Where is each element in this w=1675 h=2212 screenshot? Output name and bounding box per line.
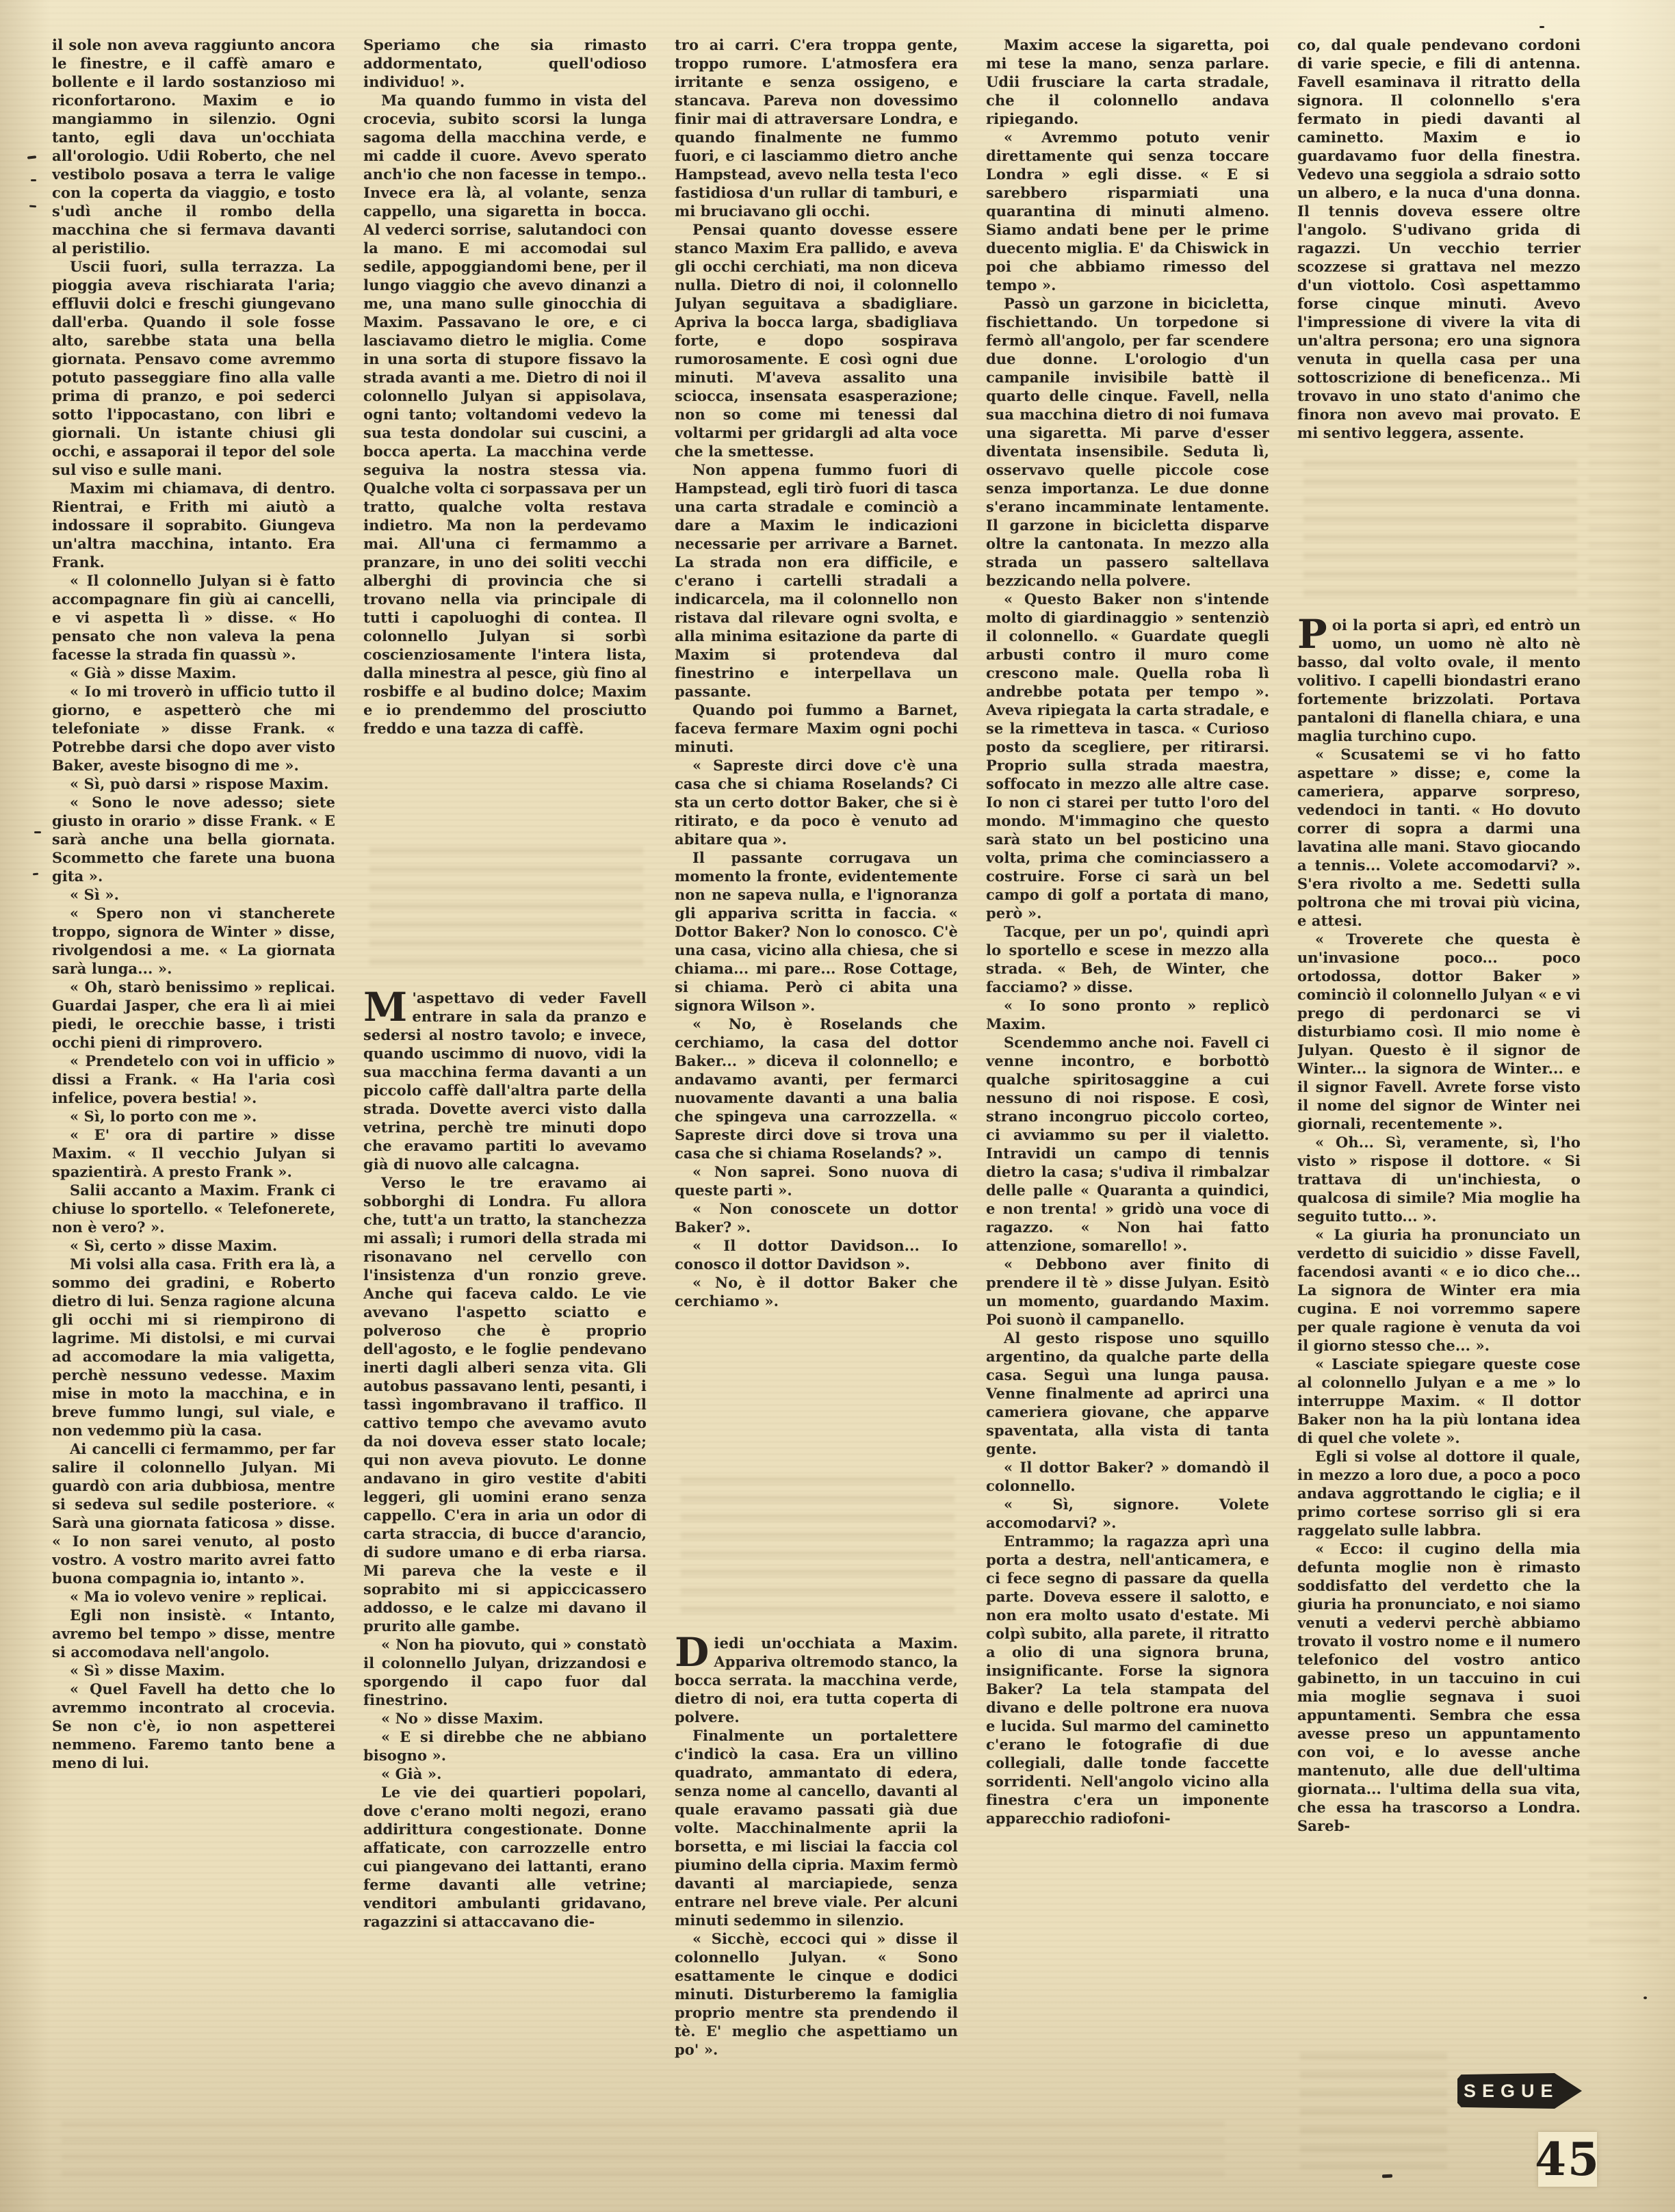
paragraph: Mi volsi alla casa. Frith era là, a somm…: [52, 1255, 335, 1440]
paragraph: « Oh... Sì, veramente, sì, l'ho visto » …: [1297, 1133, 1581, 1225]
paragraph: Egli non insistè. « Intanto, avremo bel …: [52, 1606, 335, 1661]
ink-speck: [33, 873, 38, 876]
paragraph: « Sì » disse Maxim.: [52, 1661, 335, 1680]
paragraph: Finalmente un portalettere c'indicò la c…: [675, 1726, 958, 1929]
paragraph: « Debbono aver finito di prendere il tè …: [986, 1255, 1269, 1329]
paragraph: « Io mi troverò in ufficio tutto il gior…: [52, 682, 335, 775]
ink-speck: [1644, 1996, 1647, 1999]
paragraph: « No, è Roselands che cerchiamo, la casa…: [675, 1015, 958, 1162]
paragraph: « Sapreste dirci dove c'è una casa che s…: [675, 756, 958, 848]
show-through-ghost: [369, 847, 643, 974]
show-through-ghost: [62, 2121, 1225, 2183]
text-column-2-bottom: M'aspettavo di veder Favell entrare in s…: [363, 989, 647, 2116]
ink-speck: [27, 155, 36, 159]
ink-speck: [1540, 26, 1544, 28]
paragraph: Ai cancelli ci fermammo, per far salire …: [52, 1440, 335, 1587]
paragraph: Uscii fuori, sulla terrazza. La pioggia …: [52, 257, 335, 479]
paragraph: Ma quando fummo in vista del crocevia, s…: [363, 91, 647, 738]
show-through-ghost: [681, 1476, 955, 1620]
segue-label: SEGUE: [1457, 2081, 1555, 2102]
paragraph: « Lasciate spiegare queste cose al colon…: [1297, 1355, 1581, 1447]
paragraph: Le vie dei quartieri popolari, dove c'er…: [363, 1783, 647, 1931]
dropcap-paragraph: Poi la porta si aprì, ed entrò un uomo, …: [1297, 616, 1581, 745]
drop-cap-letter: M: [363, 989, 412, 1024]
paragraph: « Prendetelo con voi in ufficio » dissi …: [52, 1052, 335, 1107]
paragraph: « Già » disse Maxim.: [52, 664, 335, 682]
text-column-4: Maxim accese la sigaretta, poi mi tese l…: [986, 36, 1269, 2116]
paragraph: « Troverete che questa è un'invasione po…: [1297, 930, 1581, 1133]
page-number: 45: [1535, 2133, 1600, 2186]
text-column-3-bottom: Diedi un'occhiata a Maxim. Appariva oltr…: [675, 1634, 958, 2116]
paragraph: Tacque, per un po', quindi aprì lo sport…: [986, 922, 1269, 996]
paragraph: « Sì, certo » disse Maxim.: [52, 1236, 335, 1255]
ink-speck: [31, 179, 36, 181]
paragraph: « Questo Baker non s'intende molto di gi…: [986, 590, 1269, 922]
paragraph: « Il dottor Davidson... Io conosco il do…: [675, 1236, 958, 1273]
paragraph: Passò un garzone in bicicletta, fischiet…: [986, 294, 1269, 590]
paragraph: Maxim accese la sigaretta, poi mi tese l…: [986, 36, 1269, 128]
ink-speck: [1382, 2174, 1392, 2178]
paragraph: « Il dottor Baker? » domandò il colonnel…: [986, 1458, 1269, 1495]
paragraph: Entrammo; la ragazza aprì una porta a de…: [986, 1532, 1269, 1827]
ink-speck: [34, 831, 41, 833]
paragraph: Quando poi fummo a Barnet, faceva fermar…: [675, 701, 958, 756]
text-column-2-top: Speriamo che sia rimasto addormentato, q…: [363, 36, 647, 830]
segue-marker: SEGUE: [1457, 2073, 1582, 2109]
paragraph: Scendemmo anche noi. Favell ci venne inc…: [986, 1033, 1269, 1255]
drop-cap-letter: P: [1297, 616, 1332, 651]
paragraph: « Sì, lo porto con me ».: [52, 1107, 335, 1125]
paragraph: Maxim mi chiamava, di dentro. Rientrai, …: [52, 479, 335, 571]
paragraph: « Ma io volevo venire » replicai.: [52, 1587, 335, 1606]
paragraph: « Sì, può darsi » rispose Maxim.: [52, 775, 335, 793]
text-column-5-bottom: Poi la porta si aprì, ed entrò un uomo, …: [1297, 616, 1581, 2038]
paragraph: Egli si volse al dottore il quale, in me…: [1297, 1447, 1581, 1539]
paragraph: Verso le tre eravamo ai sobborghi di Lon…: [363, 1173, 647, 1635]
show-through-ghost: [1303, 460, 1577, 600]
paragraph: « Sì ».: [52, 885, 335, 904]
paragraph: « Spero non vi stancherete troppo, signo…: [52, 904, 335, 978]
paragraph: il sole non aveva raggiunto ancora le fi…: [52, 36, 335, 257]
paragraph: « Sicchè, eccoci qui » disse il colonnel…: [675, 1929, 958, 2059]
paragraph: Al gesto rispose uno squillo argentino, …: [986, 1329, 1269, 1458]
paragraph: « Non ha piovuto, qui » constatò il colo…: [363, 1635, 647, 1709]
dropcap-paragraph: Diedi un'occhiata a Maxim. Appariva oltr…: [675, 1634, 958, 1726]
paragraph: « E' ora di partire » disse Maxim. « Il …: [52, 1125, 335, 1181]
paragraph: « No » disse Maxim.: [363, 1709, 647, 1728]
drop-cap-letter: D: [675, 1634, 714, 1669]
paragraph: « Non conoscete un dottor Baker? ».: [675, 1199, 958, 1236]
paragraph: « Oh, starò benissimo » replicai. Guarda…: [52, 978, 335, 1052]
page-number-patch: 45: [1538, 2132, 1597, 2187]
ink-speck: [29, 205, 36, 208]
paragraph: Pensai quanto dovesse essere stanco Maxi…: [675, 220, 958, 460]
paragraph: « Ecco: il cugino della mia defunta mogl…: [1297, 1539, 1581, 1835]
paragraph: « La giuria ha pronunciato un verdetto d…: [1297, 1225, 1581, 1355]
text-column-3-top: tro ai carri. C'era troppa gente, troppo…: [675, 36, 958, 1459]
paragraph: Il passante corrugava un momento la fron…: [675, 848, 958, 1015]
paragraph: « Sì, signore. Volete accomodarvi? ».: [986, 1495, 1269, 1532]
paragraph: « E si direbbe che ne abbiano bisogno ».: [363, 1728, 647, 1765]
paragraph: « Io sono pronto » replicò Maxim.: [986, 996, 1269, 1033]
paragraph: « Quel Favell ha detto che lo avremmo in…: [52, 1680, 335, 1772]
text-column-5-top: co, dal quale pendevano cordoni di varie…: [1297, 36, 1581, 446]
text-column-1: il sole non aveva raggiunto ancora le fi…: [52, 36, 335, 2116]
paragraph: co, dal quale pendevano cordoni di varie…: [1297, 36, 1581, 442]
paragraph: « Avremmo potuto venir direttamente qui …: [986, 128, 1269, 294]
paragraph: Salii accanto a Maxim. Frank ci chiuse l…: [52, 1181, 335, 1236]
paragraph: « Sono le nove adesso; siete giusto in o…: [52, 793, 335, 885]
paragraph: Non appena fummo fuori di Hampstead, egl…: [675, 460, 958, 701]
paragraph: « Non saprei. Sono nuova di queste parti…: [675, 1162, 958, 1199]
paragraph: Speriamo che sia rimasto addormentato, q…: [363, 36, 647, 91]
paragraph: « Già ».: [363, 1765, 647, 1783]
paragraph: « No, è il dottor Baker che cerchiamo ».: [675, 1273, 958, 1310]
paragraph: tro ai carri. C'era troppa gente, troppo…: [675, 36, 958, 220]
paragraph: « Scusatemi se vi ho fatto aspettare » d…: [1297, 745, 1581, 930]
paragraph: « Il colonnello Julyan si è fatto accomp…: [52, 571, 335, 664]
show-through-ghost: [1300, 2053, 1447, 2169]
magazine-page: il sole non aveva raggiunto ancora le fi…: [0, 0, 1675, 2212]
dropcap-paragraph: M'aspettavo di veder Favell entrare in s…: [363, 989, 647, 1173]
show-through-ghost: [1589, 246, 1660, 1957]
